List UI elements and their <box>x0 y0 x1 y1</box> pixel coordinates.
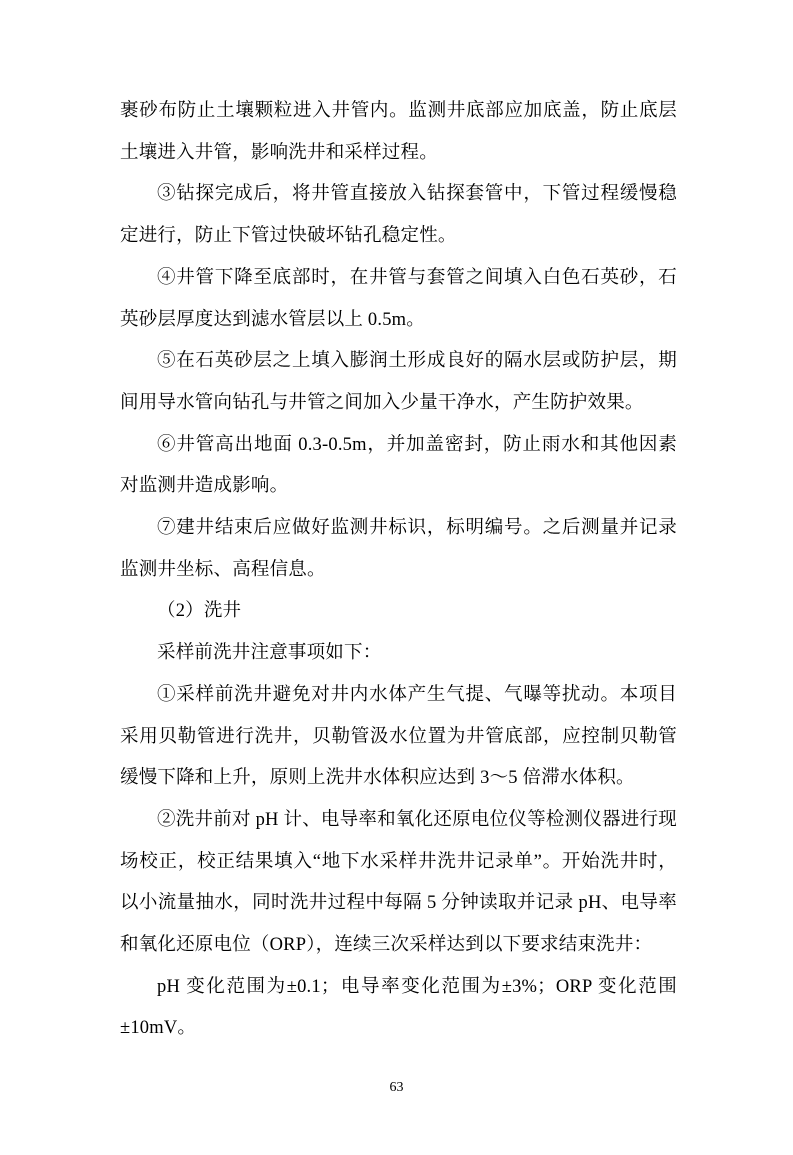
paragraph-step-6: ⑥井管高出地面 0.3-0.5m，并加盖密封，防止雨水和其他因素对监测井造成影响… <box>120 425 677 508</box>
page-number: 63 <box>0 1080 793 1096</box>
paragraph-step-3: ③钻探完成后，将井管直接放入钻探套管中，下管过程缓慢稳定进行，防止下管过快破坏钻… <box>120 174 677 257</box>
paragraph-intro-notes: 采样前洗井注意事项如下： <box>120 633 677 675</box>
paragraph-step-7: ⑦建井结束后应做好监测井标识，标明编号。之后测量并记录监测井坐标、高程信息。 <box>120 508 677 591</box>
document-page: 裹砂布防止土壤颗粒进入井管内。监测井底部应加底盖，防止底层土壤进入井管，影响洗井… <box>0 0 793 1155</box>
paragraph-step-4: ④井管下降至底部时，在井管与套管之间填入白色石英砂，石英砂层厚度达到滤水管层以上… <box>120 258 677 341</box>
paragraph-criteria: pH 变化范围为±0.1；电导率变化范围为±3%；ORP 变化范围±10mV。 <box>120 967 677 1050</box>
paragraph-step-5: ⑤在石英砂层之上填入膨润土形成良好的隔水层或防护层，期间用导水管向钻孔与井管之间… <box>120 341 677 424</box>
paragraph-continuation: 裹砂布防止土壤颗粒进入井管内。监测井底部应加底盖，防止底层土壤进入井管，影响洗井… <box>120 91 677 174</box>
section-heading-well-washing: （2）洗井 <box>120 591 677 633</box>
paragraph-note-2: ②洗井前对 pH 计、电导率和氧化还原电位仪等检测仪器进行现场校正，校正结果填入… <box>120 800 677 967</box>
page-body-text: 裹砂布防止土壤颗粒进入井管内。监测井底部应加底盖，防止底层土壤进入井管，影响洗井… <box>120 91 677 1050</box>
paragraph-note-1: ①采样前洗井避免对井内水体产生气提、气曝等扰动。本项目采用贝勒管进行洗井，贝勒管… <box>120 675 677 800</box>
